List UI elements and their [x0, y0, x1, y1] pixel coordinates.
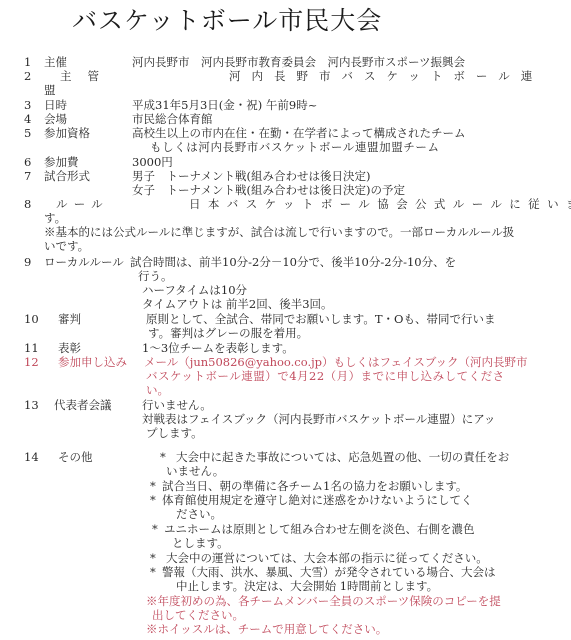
page-title: バスケットボール市民大会 — [72, 4, 382, 38]
insurance-note-wrap: 出してください。 — [152, 608, 244, 622]
bullet-text-wrap: 中止します。決定は、大会開始 1時間前とします。 — [176, 579, 438, 593]
item-value: 3000円 — [132, 155, 173, 169]
item-value: 男子 トーナメント戦(組み合わせは後日決定) — [132, 169, 371, 183]
item-value-wrap: 盟 — [44, 83, 56, 97]
item-value-wrap: す。 — [44, 211, 66, 225]
whistle-note: ※ホイッスルは、チームで用意してください。 — [146, 622, 387, 636]
item-number: 3 — [24, 98, 31, 112]
item-value-line2: 対戦表はフェイスブック（河内長野市バスケットボール連盟）にアッ — [142, 412, 495, 426]
item-value: 1～3位チームを表彰します。 — [142, 341, 294, 355]
bullet-text: 体育館使用規定を遵守し絶対に迷惑をかけないようにしてく — [162, 493, 473, 507]
item-value: 高校生以上の市内在住・在勤・在学者によって構成されたチーム — [132, 126, 466, 140]
item-value-line2: もしくは河内長野市バスケットボール連盟加盟チーム — [150, 140, 440, 154]
bullet-mark: * — [152, 522, 158, 536]
item-label: 審判 — [58, 312, 81, 326]
item-value: 試合時間は、前半10分-2分－10分で、後半10分-2分-10分、を — [130, 255, 456, 269]
item-label: 会場 — [44, 112, 67, 126]
item-label: 参加費 — [44, 155, 79, 169]
bullet-mark: * — [160, 450, 166, 464]
insurance-note: ※年度初めの為、各チームメンバー全員のスポーツ保険のコピーを提 — [146, 594, 501, 608]
item-number: 12 — [24, 355, 39, 369]
item-number: 2 — [24, 69, 31, 83]
item-value-line3: ハーフタイムは10分 — [142, 283, 247, 297]
item-label: 表彰 — [58, 341, 81, 355]
item-value: 市民総合体育館 — [132, 112, 213, 126]
item-number: 9 — [24, 255, 31, 269]
rule-note-wrap: いです。 — [44, 239, 89, 253]
item-label: 代表者会議 — [54, 398, 112, 412]
bullet-mark: * — [150, 551, 156, 565]
item-label: 参加資格 — [44, 126, 90, 140]
rule-note: ※基本的には公式ルールに準じますが、試合は流しで行いますので。一部ローカルルール… — [44, 225, 514, 239]
item-value: 日本バスケットボール協会公式ルールに従いま — [189, 197, 571, 211]
bullet-text-wrap: とします。 — [172, 536, 229, 550]
item-value: メール（jun50826@yahoo.co.jp）もしくはフェイスブック（河内長… — [144, 355, 528, 369]
item-label: ローカルルール — [44, 255, 124, 269]
item-value-line2: 女子 トーナメント戦(組み合わせは後日決定)の予定 — [132, 183, 405, 197]
item-number: 7 — [24, 169, 31, 183]
item-label: その他 — [58, 450, 93, 464]
bullet-text-wrap: ださい。 — [176, 507, 222, 521]
item-number: 10 — [24, 312, 39, 326]
item-value-line2: す。審判はグレーの服を着用。 — [148, 326, 308, 340]
item-value: 原則として、全試合、帯同でお願いします。T・Oも、帯同で行いま — [146, 312, 495, 326]
bullet-text: 大会中の運営については、大会本部の指示に従ってください。 — [166, 551, 488, 565]
item-number: 6 — [24, 155, 31, 169]
item-value: 河内長野市 河内長野市教育委員会 河内長野市スポーツ振興会 — [132, 55, 465, 69]
item-label: 試合形式 — [44, 169, 90, 183]
item-value-line2: バスケットボール連盟）で4月22（月）までに申し込みしてくださ — [146, 369, 505, 383]
item-number: 11 — [24, 341, 39, 355]
bullet-mark: * — [150, 565, 156, 579]
item-number: 14 — [24, 450, 39, 464]
bullet-text: ユニホームは原則として組み合わせ左側を淡色、右側を濃色 — [164, 522, 475, 536]
bullet-text: 試合当日、朝の準備に各チーム1名の協力をお願いします。 — [162, 479, 467, 493]
bullet-mark: * — [150, 479, 156, 493]
item-value-line4: タイムアウトは 前半2回、後半3回。 — [142, 297, 333, 311]
item-number: 13 — [24, 398, 39, 412]
item-number: 4 — [24, 112, 31, 126]
bullet-text: 警報（大雨、洪水、暴風、大雪）が発令されている場合、大会は — [162, 565, 496, 579]
item-label: ルール — [56, 197, 109, 211]
item-value-line3: プします。 — [146, 426, 203, 440]
item-number: 5 — [24, 126, 31, 140]
bullet-text: 大会中に起きた事故については、応急処置の他、一切の責任をお — [176, 450, 509, 464]
item-value-line2: 行う。 — [138, 269, 173, 283]
item-number: 1 — [24, 55, 31, 69]
item-label: 主 管 — [60, 69, 105, 83]
item-label: 参加申し込み — [58, 355, 127, 369]
item-value: 河内長野市バスケットボール連 — [229, 69, 543, 83]
item-value-line3: い。 — [146, 383, 169, 397]
item-label: 主催 — [44, 55, 67, 69]
bullet-mark: * — [150, 493, 156, 507]
item-value: 行いません。 — [142, 398, 212, 412]
bullet-text-wrap: いません。 — [166, 464, 224, 478]
item-value: 平成31年5月3日(金・祝) 午前9時~ — [132, 98, 317, 112]
item-label: 日時 — [44, 98, 67, 112]
item-number: 8 — [24, 197, 31, 211]
